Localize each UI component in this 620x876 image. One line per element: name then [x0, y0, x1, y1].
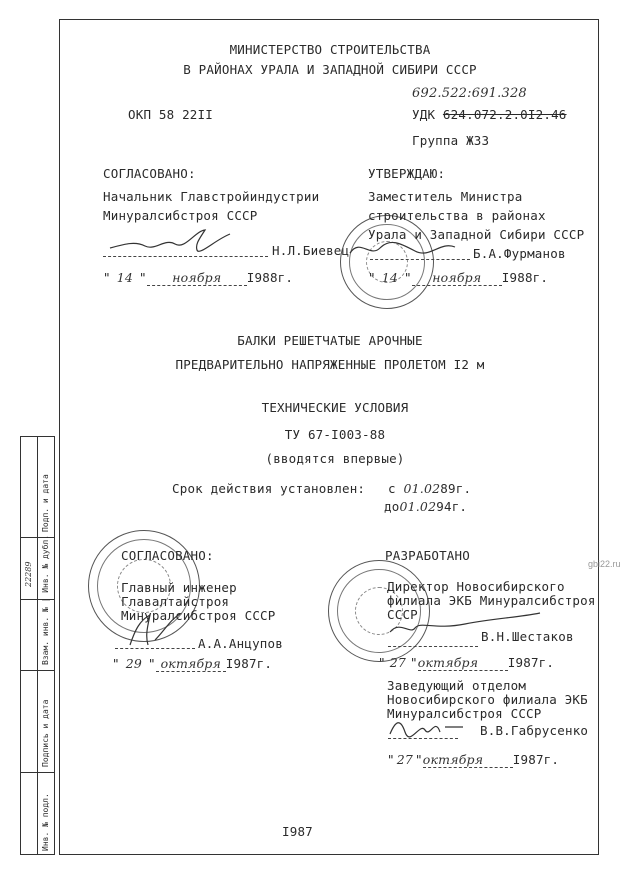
- from-prefix: с: [388, 481, 396, 496]
- agreed-bottom-name: А.А.Анцупов: [198, 636, 283, 651]
- date-year: I987г.: [513, 752, 559, 767]
- ministry-line1: МИНИСТЕРСТВО СТРОИТЕЛЬСТВА: [230, 42, 431, 57]
- signature-gabrusenko: [385, 712, 475, 740]
- date-day: 14: [111, 270, 139, 285]
- signature-antsupov: [110, 610, 200, 650]
- developed-name: В.Н.Шестаков: [481, 629, 574, 644]
- dept-head-date: "27"октябряI987г.: [387, 752, 559, 768]
- to-date: 01.02: [399, 499, 436, 514]
- date-month: ноября: [412, 270, 502, 286]
- approved-name: Б.А.Фурманов: [473, 246, 566, 261]
- agreed-bottom-position-2: Главалтайстроя: [121, 594, 229, 609]
- title-line2: ПРЕДВАРИТЕЛЬНО НАПРЯЖЕННЫЕ ПРОЛЕТОМ I2 м: [175, 357, 484, 372]
- agreed-top-label: СОГЛАСОВАНО:: [103, 166, 196, 181]
- developed-date: "27"октябряI987г.: [378, 655, 554, 671]
- strip-cell-original-inventory: Инв. № подл.: [41, 793, 50, 851]
- agreed-top-position-1: Начальник Главстройиндустрии: [103, 189, 319, 204]
- udk-label: УДК: [412, 107, 435, 122]
- signature-line: [115, 648, 195, 649]
- doc-type: ТЕХНИЧЕСКИЕ УСЛОВИЯ: [262, 400, 409, 415]
- date-year: I987г.: [508, 655, 554, 670]
- date-month: октября: [418, 655, 508, 671]
- agreed-bottom-position-1: Главный инженер: [121, 580, 237, 595]
- date-month: ноября: [147, 270, 247, 286]
- signature-line: [370, 259, 470, 260]
- dept-head-position-1: Заведующий отделом: [387, 678, 526, 693]
- dept-head-name: В.В.Габрусенко: [480, 723, 588, 738]
- validity-label: Срок действия установлен:: [172, 481, 365, 496]
- agreed-top-position-2: Минуралсибстроя СССР: [103, 208, 258, 223]
- date-year: I988г.: [247, 270, 293, 285]
- inventory-strip: Подп. и дата Взам. инв. № | Инв. № дубл.…: [20, 436, 55, 855]
- doc-number: ТУ 67-I003-88: [285, 427, 385, 442]
- okp-code: ОКП 58 22II: [128, 107, 213, 122]
- signature-line: [103, 256, 268, 257]
- developed-position-2: филиала ЭКБ Минуралсибстроя: [387, 593, 596, 608]
- footer-year: I987: [282, 824, 313, 839]
- udk-code: УДК 624.072.2.0I2.46: [412, 107, 567, 122]
- agreed-top-name: Н.Л.Биевец: [272, 243, 349, 258]
- approved-position-2: строительства в районах: [368, 208, 546, 223]
- validity-to: до01.0294г.: [384, 499, 467, 514]
- strip-cell-inventory-value: 22289: [24, 562, 33, 587]
- from-date: 01.02: [403, 481, 440, 496]
- date-day: 27: [395, 752, 415, 767]
- agreed-bottom-label: СОГЛАСОВАНО:: [121, 548, 214, 563]
- approved-label: УТВЕРЖДАЮ:: [368, 166, 445, 181]
- signature-biyevets: [105, 226, 245, 256]
- approved-position-1: Заместитель Министра: [368, 189, 523, 204]
- strip-cell-inventory: Взам. инв. № | Инв. № дубл.: [41, 535, 50, 665]
- watermark: gbi22.ru: [588, 559, 620, 569]
- date-month: октября: [423, 752, 513, 768]
- date-year: I987г.: [226, 656, 272, 671]
- approved-date: "14"ноябряI988г.: [368, 270, 548, 286]
- dept-head-position-2: Новосибирского филиала ЭКБ: [387, 692, 588, 707]
- strip-cell-signature-date-2: Подпись и дата: [41, 700, 50, 767]
- group-code: Группа Ж33: [412, 133, 489, 148]
- from-year: 89г.: [440, 481, 471, 496]
- signature-line: [388, 738, 458, 739]
- udk-struck-value: 624.072.2.0I2.46: [443, 107, 567, 122]
- date-month: октября: [156, 656, 226, 672]
- strip-cell-signature-date: Подп. и дата: [41, 474, 50, 532]
- date-day: 29: [120, 656, 148, 671]
- to-prefix: до: [384, 499, 399, 514]
- date-day: 27: [386, 655, 410, 670]
- signature-line: [388, 646, 478, 647]
- agreed-bottom-date: "29"октябряI987г.: [112, 656, 272, 672]
- to-year: 94г.: [436, 499, 467, 514]
- developed-position-1: Директор Новосибирского: [387, 579, 565, 594]
- validity-from: с 01.0289г.: [388, 481, 471, 496]
- agreed-top-date: "14"ноябряI988г.: [103, 270, 293, 286]
- date-day: 14: [376, 270, 404, 285]
- doc-note: (вводятся впервые): [265, 451, 404, 466]
- title-line1: БАЛКИ РЕШЕТЧАТЫЕ АРОЧНЫЕ: [237, 333, 422, 348]
- ministry-line2: В РАЙОНАХ УРАЛА И ЗАПАДНОЙ СИБИРИ СССР: [183, 62, 477, 77]
- developed-label: РАЗРАБОТАНО: [385, 548, 470, 563]
- udk-handwritten: 692.522:691.328: [412, 86, 527, 101]
- date-year: I988г.: [502, 270, 548, 285]
